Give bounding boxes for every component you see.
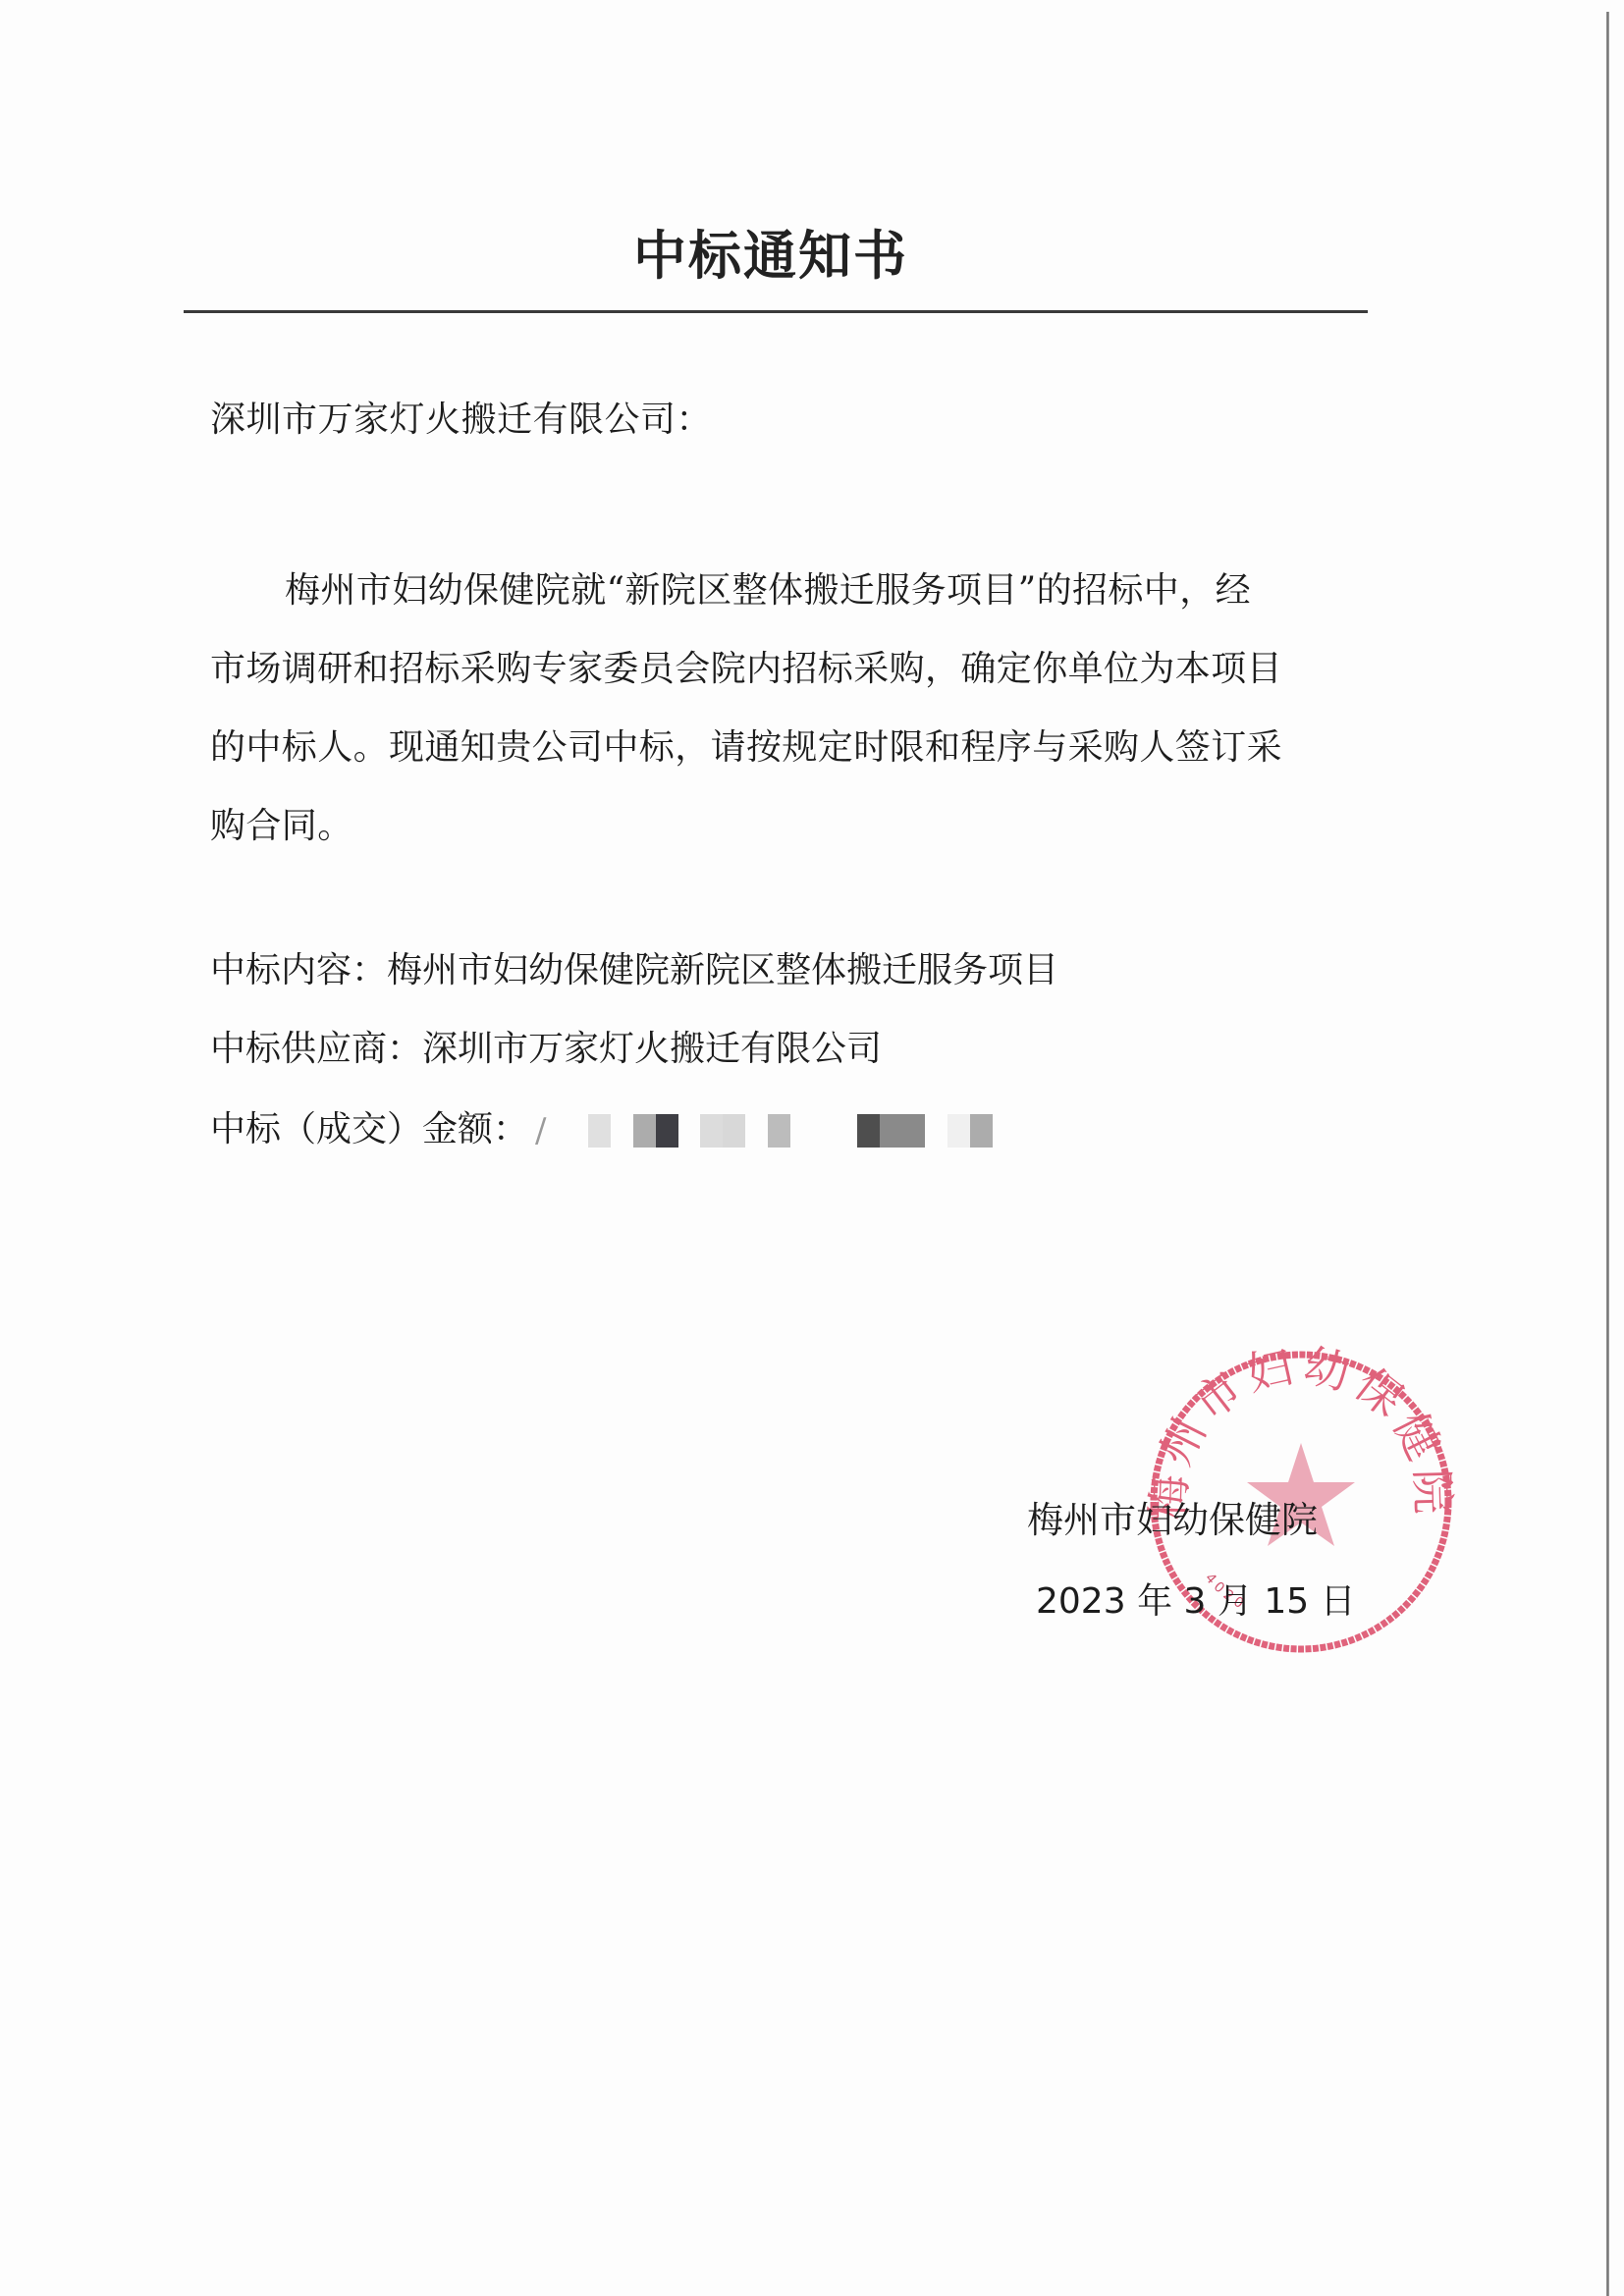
body-line: 的中标人。现通知贵公司中标，请按规定时限和程序与采购人签订采 [210,709,1329,787]
bid-content-row: 中标内容：梅州市妇幼保健院新院区整体搬迁服务项目 [210,951,1058,990]
recipient-salutation: 深圳市万家灯火搬迁有限公司： [210,400,712,440]
redaction-block [970,1114,993,1148]
redaction-block [588,1114,611,1148]
amount-label: 中标（成交）金额： [210,1109,528,1149]
bid-content-label: 中标内容： [210,950,387,990]
date-day: 15 [1264,1581,1309,1622]
redaction-block [902,1114,925,1148]
redaction-block [656,1114,678,1148]
issue-date: 2023 年 3 月 15 日 [1036,1582,1356,1622]
redacted-amount-mosaic: / [535,1112,1026,1149]
body-line: 购合同。 [210,787,1329,866]
supplier-value: 深圳市万家灯火搬迁有限公司 [422,1029,882,1069]
body-line: 市场调研和招标采购专家委员会院内招标采购，确定你单位为本项目 [210,630,1329,709]
scan-edge-line [1606,12,1609,2296]
redaction-block [768,1114,790,1148]
date-year: 2023 [1036,1581,1126,1622]
bid-content-value: 梅州市妇幼保健院新院区整体搬迁服务项目 [387,950,1058,990]
redaction-remnant-glyph: / [535,1112,547,1149]
date-year-unit: 年 [1137,1581,1172,1622]
date-day-unit: 日 [1321,1581,1356,1622]
redaction-block [700,1114,723,1148]
notice-body-paragraph: 梅州市妇幼保健院就“新院区整体搬迁服务项目”的招标中，经 市场调研和招标采购专家… [210,552,1329,866]
redaction-block [880,1114,902,1148]
supplier-row: 中标供应商：深圳市万家灯火搬迁有限公司 [210,1030,882,1069]
date-month-unit: 月 [1218,1581,1253,1622]
issuer-signature: 梅州市妇幼保健院 [1027,1501,1318,1540]
redaction-block [723,1114,745,1148]
document-page: 中标通知书 深圳市万家灯火搬迁有限公司： 梅州市妇幼保健院就“新院区整体搬迁服务… [0,0,1624,2296]
amount-row: 中标（成交）金额： [210,1110,528,1149]
date-month: 3 [1184,1581,1207,1622]
supplier-label: 中标供应商： [210,1029,422,1069]
redaction-block [947,1114,970,1148]
document-title: 中标通知书 [0,214,1542,290]
body-line: 梅州市妇幼保健院就“新院区整体搬迁服务项目”的招标中，经 [210,552,1329,630]
redaction-block [857,1114,880,1148]
title-divider [184,310,1368,313]
redaction-block [633,1114,656,1148]
